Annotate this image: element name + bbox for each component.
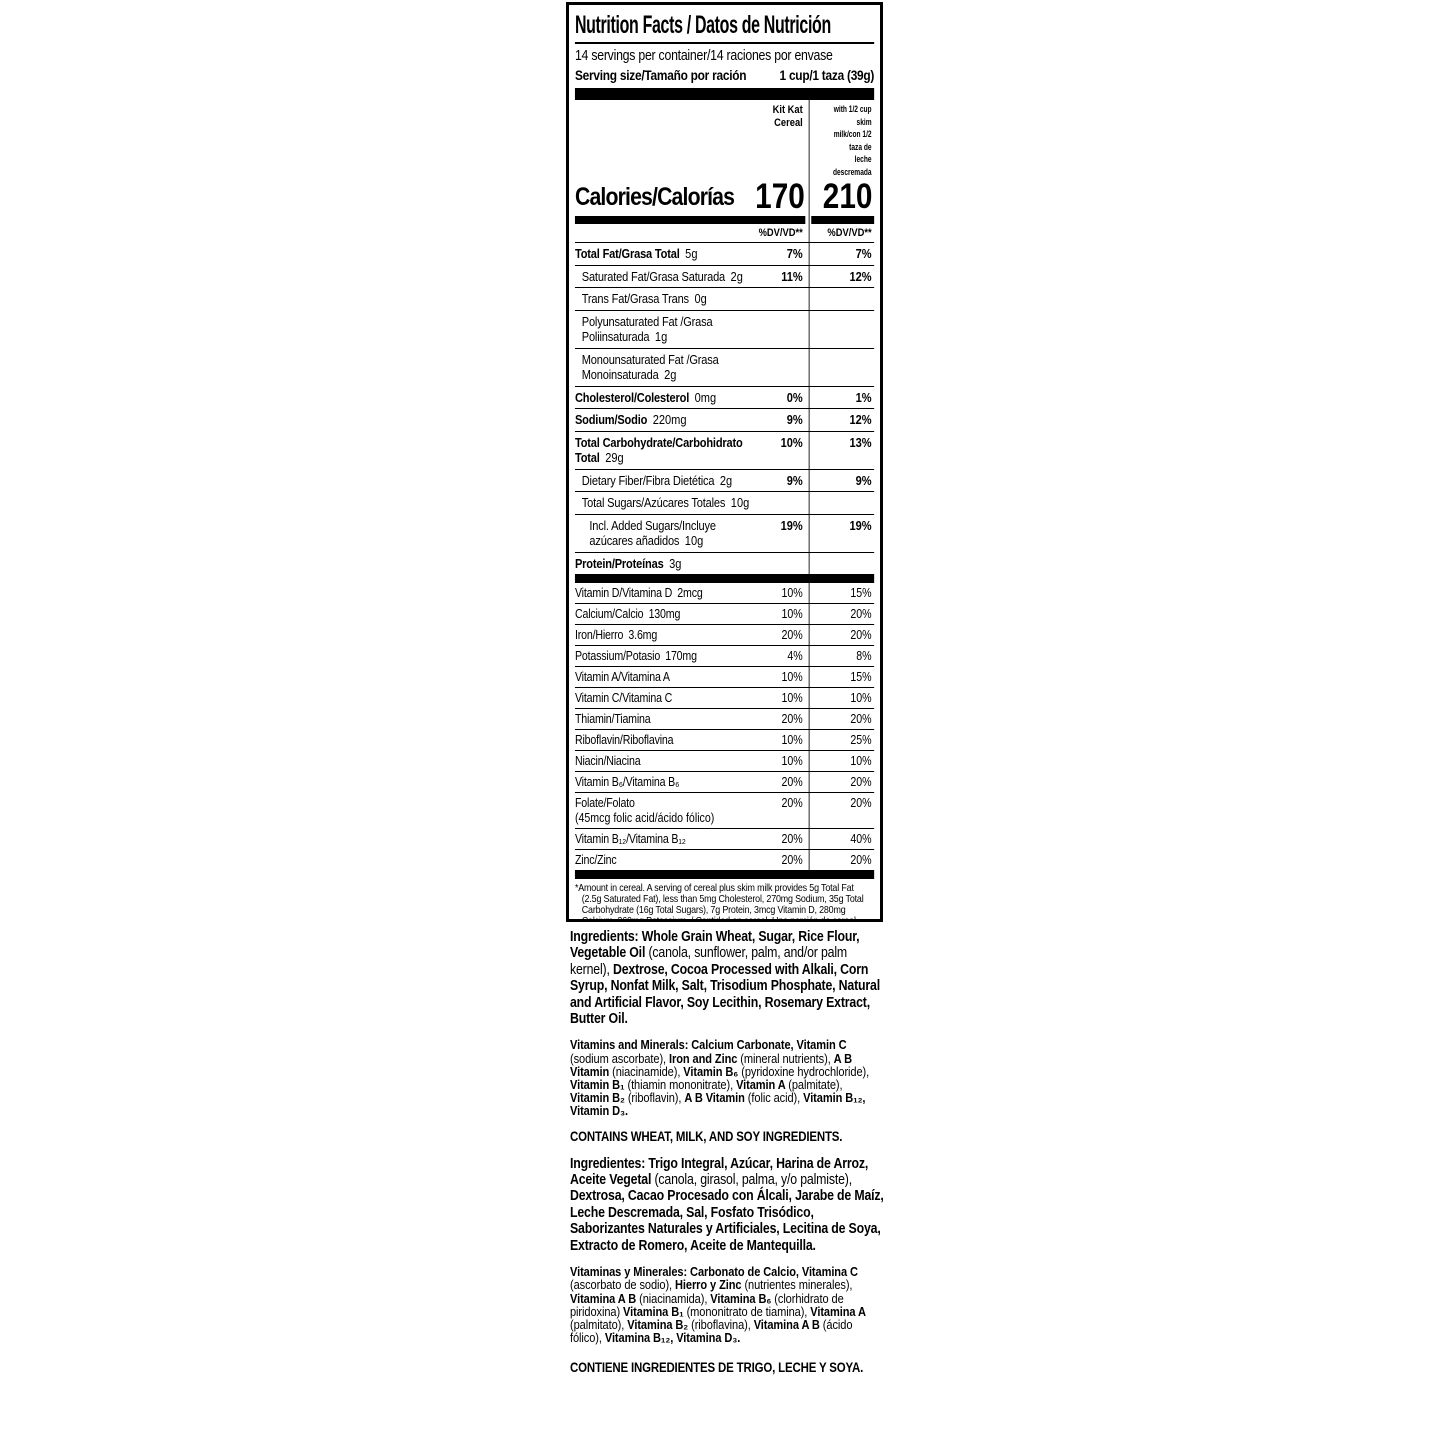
ingredients-section: Ingredients: Whole Grain Wheat, Sugar, R… xyxy=(570,929,884,1375)
nutrient-amount: 3.6mg xyxy=(623,628,657,642)
dv-with-milk-value: 10% xyxy=(810,691,875,706)
columns-region: Kit Kat Cereal with 1/2 cup skim milk/co… xyxy=(575,100,874,870)
nutrient-name: Vitamin B₁₂/Vitamina B₁₂ xyxy=(575,832,755,847)
ingredient-bold-text: Dextrosa, Cacao Procesado con Álcali, Ja… xyxy=(570,1188,884,1253)
footnote-cereal-amount: *Amount in cereal. A serving of cereal p… xyxy=(575,883,874,922)
dv-with-milk-value: 25% xyxy=(810,733,875,748)
nutrient-amount: 2g xyxy=(725,269,743,284)
vitamin-row: Vitamin B₆/Vitamina B₆20%20% xyxy=(575,771,874,792)
vitamin-row: Vitamin A/Vitamina A10%15% xyxy=(575,666,874,687)
column-divider-line xyxy=(809,100,810,870)
dv-cereal-value: 7% xyxy=(755,246,809,262)
nutrient-name: Vitamin B₆/Vitamina B₆ xyxy=(575,775,755,790)
dv-with-milk-value: 19% xyxy=(810,518,875,549)
column-header-cereal: Kit Kat Cereal xyxy=(755,104,809,179)
dv-cereal-value: 9% xyxy=(755,412,809,428)
dv-with-milk-value: 20% xyxy=(810,712,875,727)
vitamin-row: Potassium/Potasio 170mg4%8% xyxy=(575,645,874,666)
serving-size-label: Serving size/Tamaño por ración xyxy=(575,66,746,85)
nutrient-amount: 10g xyxy=(725,495,749,510)
dv-cereal-value: 20% xyxy=(755,775,809,790)
daily-value-header-cereal: %DV/VD** xyxy=(755,227,809,240)
dv-cereal-value xyxy=(755,314,809,345)
nutrient-name: Vitamin A/Vitamina A xyxy=(575,670,755,685)
nutrient-amount: 170mg xyxy=(660,649,697,663)
dv-with-milk-value: 40% xyxy=(810,832,875,847)
dv-with-milk-value: 15% xyxy=(810,670,875,685)
dv-with-milk-value: 20% xyxy=(810,628,875,643)
nutrition-facts-panel: Nutrition Facts / Datos de Nutrición 14 … xyxy=(566,2,883,922)
nutrient-amount: 29g xyxy=(600,450,624,465)
nutrient-row: Total Sugars/Azúcares Totales 10g xyxy=(575,491,874,514)
nutrient-name: Vitamin D/Vitamina D 2mcg xyxy=(575,586,755,601)
dv-cereal-value: 10% xyxy=(755,733,809,748)
nutrient-name: Sodium/Sodio 220mg xyxy=(575,412,755,428)
dv-cereal-value: 9% xyxy=(755,473,809,489)
dv-with-milk-value: 20% xyxy=(810,796,875,826)
nutrient-name: Incl. Added Sugars/Incluye azúcares añad… xyxy=(575,518,755,549)
dv-cereal-value: 10% xyxy=(755,607,809,622)
dv-cereal-value: 0% xyxy=(755,390,809,406)
dv-with-milk-value: 12% xyxy=(810,269,875,285)
nutrient-row: Sodium/Sodio 220mg9%12% xyxy=(575,408,874,431)
dv-cereal-value: 10% xyxy=(755,586,809,601)
dv-with-milk-value xyxy=(810,291,875,307)
dv-with-milk-value: 7% xyxy=(810,246,875,262)
column-header-with-milk: with 1/2 cup skim milk/con 1/2 taza de l… xyxy=(810,104,875,179)
vitamin-row: Vitamin D/Vitamina D 2mcg10%15% xyxy=(575,583,874,603)
dv-with-milk-value: 20% xyxy=(810,607,875,622)
dv-cereal-value xyxy=(755,556,809,572)
vitamins-minerals-es: Vitaminas y Minerales: Carbonato de Calc… xyxy=(570,1265,884,1344)
serving-size-row: Serving size/Tamaño por ración 1 cup/1 t… xyxy=(575,66,874,85)
nutrient-amount: 1g xyxy=(649,329,667,344)
nutrient-row: Polyunsaturated Fat /Grasa Poliinsaturad… xyxy=(575,310,874,348)
nutrient-name: Total Sugars/Azúcares Totales 10g xyxy=(575,495,755,511)
nutrient-name: Trans Fat/Grasa Trans 0g xyxy=(575,291,755,307)
dv-cereal-value: 10% xyxy=(755,435,809,466)
dv-with-milk-value: 20% xyxy=(810,853,875,868)
nutrient-name: Monounsaturated Fat /Grasa Monoinsaturad… xyxy=(575,352,755,383)
dv-with-milk-value: 9% xyxy=(810,473,875,489)
dv-cereal-value: 20% xyxy=(755,628,809,643)
panel-title: Nutrition Facts / Datos de Nutrición xyxy=(575,10,831,40)
nutrient-name: Protein/Proteínas 3g xyxy=(575,556,755,572)
nutrient-amount: 2mcg xyxy=(672,586,702,600)
calories-label: Calories/Calorías xyxy=(575,182,755,212)
dv-cereal-value: 20% xyxy=(755,832,809,847)
section-divider-bar xyxy=(575,870,874,879)
dv-with-milk-value: 8% xyxy=(810,649,875,664)
calories-bar-right xyxy=(811,216,874,224)
ingredients-en: Ingredients: Whole Grain Wheat, Sugar, R… xyxy=(570,929,884,1027)
dv-cereal-value: 19% xyxy=(755,518,809,549)
contains-statement-es: CONTIENE INGREDIENTES DE TRIGO, LECHE Y … xyxy=(570,1360,884,1375)
nutrient-row: Total Fat/Grasa Total 5g7%7% xyxy=(575,243,874,265)
nutrient-name: Folate/Folato(45mcg folic acid/ácido fól… xyxy=(575,796,755,826)
vitamin-rows: Vitamin D/Vitamina D 2mcg10%15%Calcium/C… xyxy=(575,583,874,870)
dv-with-milk-value: 15% xyxy=(810,586,875,601)
daily-value-header-row: %DV/VD** %DV/VD** xyxy=(575,224,874,243)
daily-value-header-spacer xyxy=(575,227,755,240)
nutrient-name: Thiamin/Tiamina xyxy=(575,712,755,727)
ingredient-bold-text: A B Vitamin xyxy=(684,1090,747,1105)
dv-with-milk-value xyxy=(810,314,875,345)
calories-underline-bars xyxy=(575,216,874,224)
dv-with-milk-value: 1% xyxy=(810,390,875,406)
nutrient-name: Total Fat/Grasa Total 5g xyxy=(575,246,755,262)
nutrient-name: Potassium/Potasio 170mg xyxy=(575,649,755,664)
dv-cereal-value: 20% xyxy=(755,853,809,868)
vitamin-row: Niacin/Niacina10%10% xyxy=(575,750,874,771)
calories-row: Calories/Calorías 170 210 xyxy=(575,181,874,216)
section-divider-bar xyxy=(575,574,874,583)
nutrient-amount: 3g xyxy=(664,556,682,571)
dv-cereal-value: 11% xyxy=(755,269,809,285)
nutrient-row: Dietary Fiber/Fibra Dietética 2g9%9% xyxy=(575,469,874,492)
nutrition-facts-content: Nutrition Facts / Datos de Nutrición 14 … xyxy=(569,5,880,922)
vitamin-row: Vitamin B₁₂/Vitamina B₁₂20%40% xyxy=(575,828,874,849)
dv-cereal-value: 20% xyxy=(755,796,809,826)
nutrient-name: Iron/Hierro 3.6mg xyxy=(575,628,755,643)
ingredient-bold-text: Dextrose, Cocoa Processed with Alkali, C… xyxy=(570,962,880,1027)
dv-with-milk-value xyxy=(810,352,875,383)
nutrient-row: Total Carbohydrate/Carbohidrato Total 29… xyxy=(575,431,874,469)
daily-value-header-with-milk: %DV/VD** xyxy=(810,227,875,240)
ingredient-regular-text: (riboflavin), xyxy=(628,1090,685,1105)
dv-cereal-value xyxy=(755,352,809,383)
serving-size-value: 1 cup/1 taza (39g) xyxy=(780,66,875,85)
nutrient-name: Polyunsaturated Fat /Grasa Poliinsaturad… xyxy=(575,314,755,345)
dv-cereal-value xyxy=(755,291,809,307)
nutrient-amount: 10g xyxy=(679,533,703,548)
ingredient-regular-text: (folic acid), xyxy=(748,1090,803,1105)
nutrient-name: Niacin/Niacina xyxy=(575,754,755,769)
vitamin-row: Vitamin C/Vitamina C10%10% xyxy=(575,687,874,708)
dv-cereal-value: 20% xyxy=(755,712,809,727)
nutrient-name: Total Carbohydrate/Carbohidrato Total 29… xyxy=(575,435,755,466)
nutrient-row: Monounsaturated Fat /Grasa Monoinsaturad… xyxy=(575,348,874,386)
nutrient-amount: 5g xyxy=(680,246,698,261)
calories-value-with-milk: 210 xyxy=(810,181,875,212)
dv-with-milk-value: 12% xyxy=(810,412,875,428)
ingredient-regular-text: (canola, girasol, palma, y/o palmiste), xyxy=(654,1172,852,1188)
dv-cereal-value: 10% xyxy=(755,754,809,769)
dv-cereal-value xyxy=(755,495,809,511)
vitamin-row: Folate/Folato(45mcg folic acid/ácido fól… xyxy=(575,792,874,828)
nutrient-row: Cholesterol/Colesterol 0mg0%1% xyxy=(575,386,874,409)
ingredient-bold-text: Vitamina A B xyxy=(754,1317,823,1332)
nutrient-amount: 130mg xyxy=(643,607,680,621)
vitamin-row: Thiamin/Tiamina20%20% xyxy=(575,708,874,729)
vitamin-row: Zinc/Zinc20%20% xyxy=(575,849,874,870)
nutrient-name: Dietary Fiber/Fibra Dietética 2g xyxy=(575,473,755,489)
column-headers-row: Kit Kat Cereal with 1/2 cup skim milk/co… xyxy=(575,100,874,181)
vitamin-row: Iron/Hierro 3.6mg20%20% xyxy=(575,624,874,645)
nutrient-row: Protein/Proteínas 3g xyxy=(575,552,874,575)
servings-per-container: 14 servings per container/14 raciones po… xyxy=(575,47,874,66)
nutrient-amount: 2g xyxy=(659,367,677,382)
vitamins-minerals-en: Vitamins and Minerals: Calcium Carbonate… xyxy=(570,1038,884,1117)
calories-value-cereal: 170 xyxy=(755,181,809,212)
nutrient-name: Vitamin C/Vitamina C xyxy=(575,691,755,706)
dv-with-milk-value: 20% xyxy=(810,775,875,790)
calories-bar-left xyxy=(575,216,805,224)
ingredients-es: Ingredientes: Trigo Integral, Azúcar, Ha… xyxy=(570,1156,884,1254)
dv-with-milk-value xyxy=(810,556,875,572)
nutrient-row: Saturated Fat/Grasa Saturada 2g11%12% xyxy=(575,265,874,288)
nutrient-sub-label: (45mcg folic acid/ácido fólico) xyxy=(575,811,755,826)
nutrient-name: Zinc/Zinc xyxy=(575,853,755,868)
nutrient-name: Saturated Fat/Grasa Saturada 2g xyxy=(575,269,755,285)
nutrient-amount: 220mg xyxy=(647,412,686,427)
nutrient-amount: 0mg xyxy=(689,390,716,405)
nutrient-name: Riboflavin/Riboflavina xyxy=(575,733,755,748)
dv-cereal-value: 10% xyxy=(755,670,809,685)
dv-with-milk-value: 10% xyxy=(810,754,875,769)
dv-with-milk-value xyxy=(810,495,875,511)
nutrient-row: Trans Fat/Grasa Trans 0g xyxy=(575,287,874,310)
dv-with-milk-value: 13% xyxy=(810,435,875,466)
nutrient-amount: 2g xyxy=(714,473,732,488)
dv-cereal-value: 4% xyxy=(755,649,809,664)
vitamin-row: Riboflavin/Riboflavina10%25% xyxy=(575,729,874,750)
contains-statement-en: CONTAINS WHEAT, MILK, AND SOY INGREDIENT… xyxy=(570,1129,884,1144)
section-divider-bar xyxy=(575,88,874,100)
nutrient-rows: Total Fat/Grasa Total 5g7%7%Saturated Fa… xyxy=(575,243,874,574)
nutrient-amount: 0g xyxy=(689,291,707,306)
nutrient-name: Calcium/Calcio 130mg xyxy=(575,607,755,622)
nutrient-name: Cholesterol/Colesterol 0mg xyxy=(575,390,755,406)
vitamin-row: Calcium/Calcio 130mg10%20% xyxy=(575,603,874,624)
dv-cereal-value: 10% xyxy=(755,691,809,706)
panel-title-row: Nutrition Facts / Datos de Nutrición xyxy=(575,10,874,44)
ingredient-bold-text: Vitamina B₁₂, Vitamina D₃. xyxy=(605,1330,740,1345)
nutrient-row: Incl. Added Sugars/Incluye azúcares añad… xyxy=(575,514,874,552)
